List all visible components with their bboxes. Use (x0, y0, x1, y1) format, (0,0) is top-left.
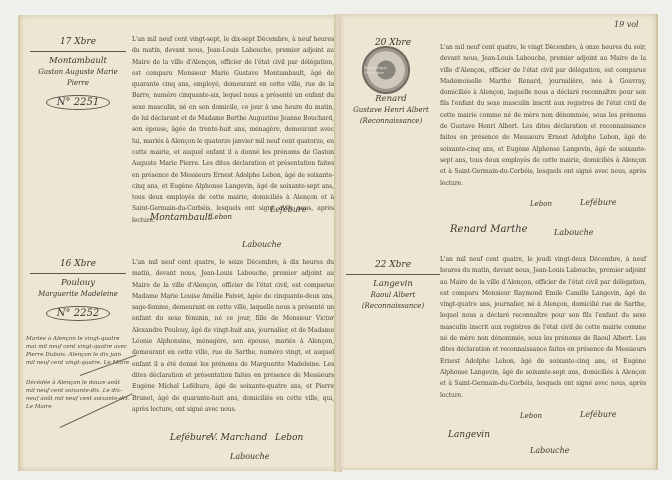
entry-text-2251: L'an mil neuf cent vingt-sept, le dix-se… (132, 34, 334, 226)
divider (346, 274, 440, 275)
republique-francaise-stamp: République Française (362, 46, 410, 94)
entry-surname: Langevin (346, 279, 440, 290)
register-spread: 17 Xbre Montambault Gaston Auguste Marie… (18, 14, 658, 470)
signature: Lebon (520, 412, 542, 420)
entry-given-names: Marguerite Madeleine (30, 289, 126, 300)
signature: Lefébure (580, 198, 617, 207)
entry-status: (Reconnaissance) (344, 116, 438, 127)
entry-date: 17 Xbre (30, 37, 126, 47)
margin-entry-2251: 17 Xbre Montambault Gaston Auguste Marie… (30, 37, 126, 110)
entry-text-2252: L'an mil neuf cent quatre, le seize Déce… (132, 257, 334, 415)
signature: Lebon (210, 213, 232, 221)
signature: Lefébure (580, 410, 617, 419)
left-page: 17 Xbre Montambault Gaston Auguste Marie… (18, 15, 338, 471)
signature: Lefébure (170, 433, 211, 443)
entry-status: (Reconnaissance) (346, 301, 440, 312)
signature: Labouche (530, 446, 570, 455)
margin-entry-renard-names: Renard Gustave Henri Albert (Reconnaissa… (344, 94, 438, 127)
signature: V. Marchand (210, 433, 267, 443)
signature: Lebon (530, 200, 552, 208)
stamp-text: République Française (364, 65, 408, 75)
signature: Lebon (275, 433, 303, 443)
act-number: N° 2251 (46, 95, 110, 110)
signature: Renard Marthe (450, 224, 528, 235)
signature: Labouche (554, 228, 594, 237)
entry-date: 22 Xbre (346, 260, 440, 270)
margin-note-death: Décédée à Alençon le douze août mil neuf… (26, 379, 130, 411)
margin-entry-langevin: 22 Xbre Langevin Raoul Albert (Reconnais… (346, 260, 440, 312)
act-number: N° 2252 (46, 306, 110, 321)
entry-surname: Montambault (30, 56, 126, 67)
signature: Lefébure (270, 205, 307, 214)
divider (30, 51, 126, 52)
page-number: 19 vol (614, 20, 639, 29)
entry-surname: Renard (344, 94, 438, 105)
signature: Montambault (150, 213, 211, 223)
divider (30, 273, 126, 274)
entry-text-renard: L'an mil neuf cent quatre, le vingt Déce… (440, 42, 646, 189)
entry-text-langevin: L'an mil neuf cent quatre, le jeudi ving… (440, 254, 646, 401)
margin-entry-2252: 16 Xbre Poulouy Marguerite Madeleine N° … (30, 259, 126, 321)
signature: Labouche (242, 240, 282, 249)
entry-date: 16 Xbre (30, 259, 126, 269)
entry-given-names: Gustave Henri Albert (344, 105, 438, 116)
right-page: 19 vol 20 Xbre République Française Rena… (340, 14, 658, 470)
entry-surname: Poulouy (30, 278, 126, 289)
signature: Labouche (230, 452, 270, 461)
signature: Langevin (448, 430, 490, 440)
entry-given-names: Gaston Auguste Marie Pierre (30, 67, 126, 89)
entry-given-names: Raoul Albert (346, 290, 440, 301)
